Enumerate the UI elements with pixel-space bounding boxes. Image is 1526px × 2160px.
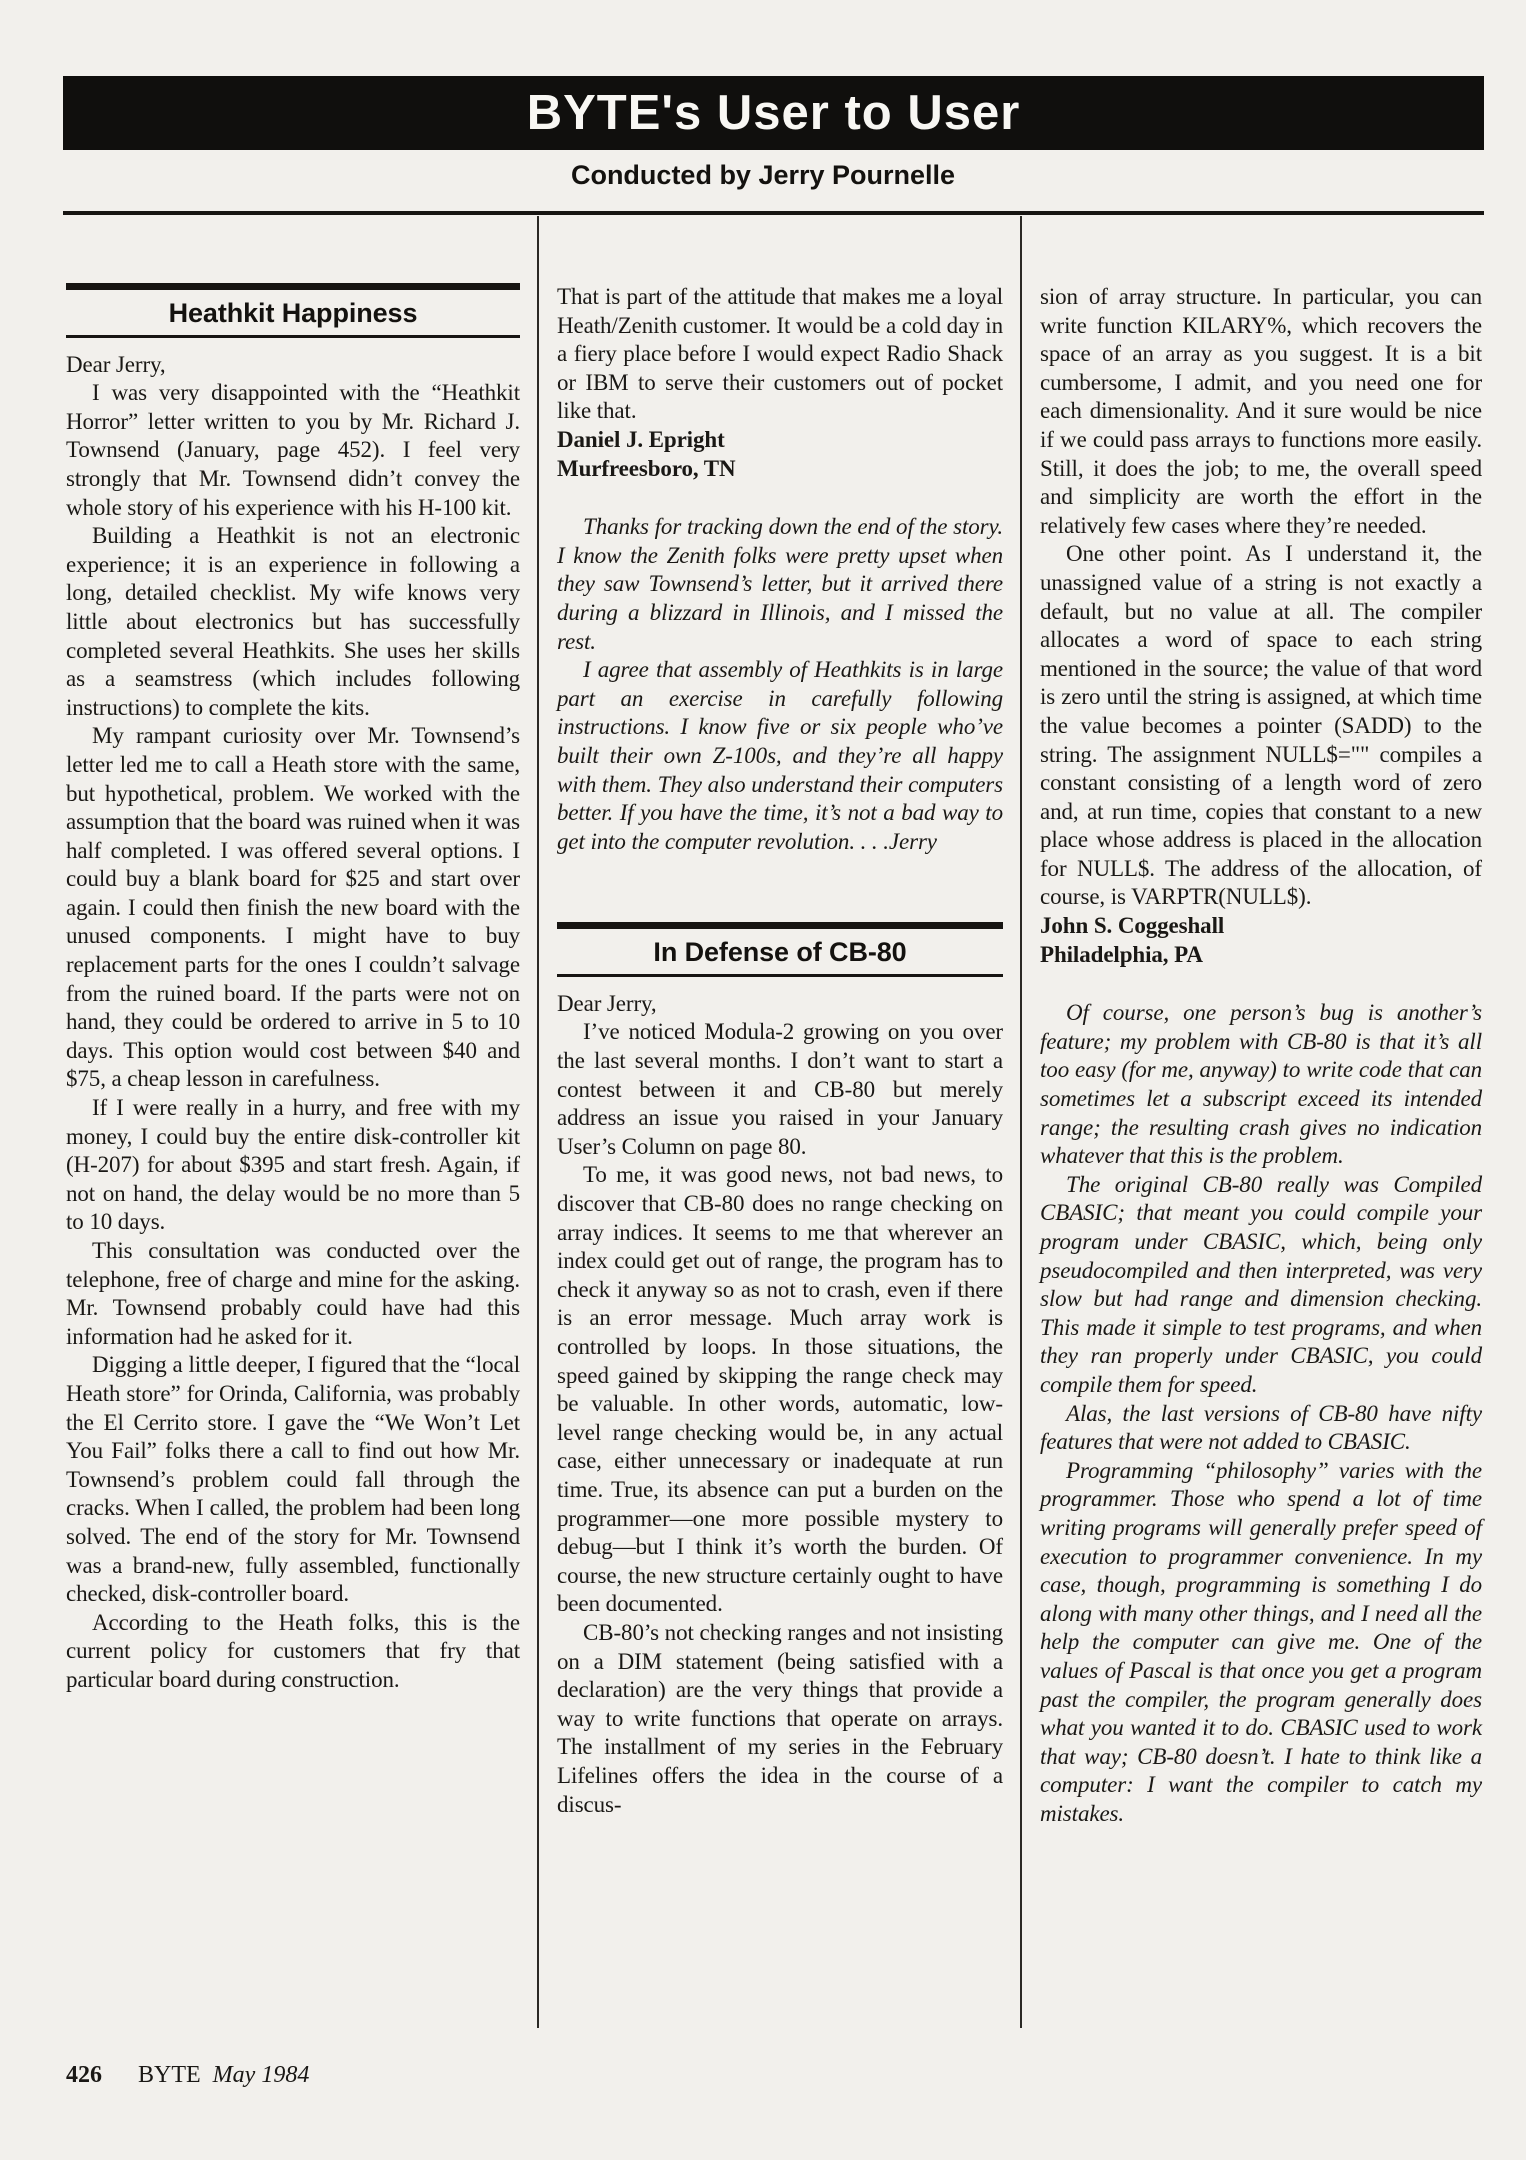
page-number: 426: [66, 2062, 102, 2088]
letter-paragraph: If I were really in a hurry, and free wi…: [66, 1094, 520, 1237]
reply-paragraph: Thanks for tracking down the end of the …: [557, 513, 1003, 656]
column-2: That is part of the attitude that makes …: [557, 283, 1003, 1819]
letter-paragraph: My rampant curiosity over Mr. Townsend’s…: [66, 722, 520, 1094]
page-footer: 426BYTEMay 1984: [66, 2062, 309, 2089]
signature-name: John S. Coggeshall: [1040, 912, 1482, 941]
letter-paragraph: Building a Heathkit is not an electronic…: [66, 522, 520, 722]
signature-place: Murfreesboro, TN: [557, 455, 1003, 484]
letter-paragraph: To me, it was good news, not bad news, t…: [557, 1161, 1003, 1619]
column-divider-right: [1020, 216, 1022, 2028]
column-divider-left: [537, 216, 539, 2028]
letter-paragraph: I was very disappointed with the “Heathk…: [66, 379, 520, 522]
reply-paragraph: The original CB-80 really was Compiled C…: [1040, 1171, 1482, 1400]
salutation: Dear Jerry,: [557, 990, 1003, 1019]
section-heading-heathkit-happiness: Heathkit Happiness: [66, 283, 520, 338]
reply-paragraph: Of course, one person’s bug is another’s…: [1040, 999, 1482, 1171]
letter-paragraph: According to the Heath folks, this is th…: [66, 1609, 520, 1695]
reply-paragraph: I agree that assembly of Heathkits is in…: [557, 656, 1003, 856]
reply-paragraph: Programming “philosophy” varies with the…: [1040, 1457, 1482, 1829]
signature-name: Daniel J. Epright: [557, 426, 1003, 455]
page-banner: BYTE's User to User: [63, 76, 1484, 150]
signature-place: Philadelphia, PA: [1040, 941, 1482, 970]
column-3: sion of array structure. In particular, …: [1040, 283, 1482, 1828]
editor-reply: Of course, one person’s bug is another’s…: [1040, 999, 1482, 1828]
letter-paragraph: This consultation was conducted over the…: [66, 1237, 520, 1351]
letter-paragraph: Digging a little deeper, I figured that …: [66, 1351, 520, 1608]
letter-paragraph: I’ve noticed Modula-2 growing on you ove…: [557, 1018, 1003, 1161]
letter-paragraph: sion of array structure. In particular, …: [1040, 283, 1482, 540]
section-heading-in-defense-of-cb80: In Defense of CB-80: [557, 922, 1003, 977]
section-heading-label: In Defense of CB-80: [653, 937, 906, 967]
magazine-page: BYTE's User to User Conducted by Jerry P…: [0, 0, 1526, 2160]
reply-paragraph: Alas, the last versions of CB-80 have ni…: [1040, 1400, 1482, 1457]
section-heading-label: Heathkit Happiness: [169, 298, 418, 328]
banner-title: BYTE's User to User: [527, 85, 1021, 141]
letter-paragraph: That is part of the attitude that makes …: [557, 283, 1003, 426]
editor-reply: Thanks for tracking down the end of the …: [557, 513, 1003, 856]
salutation: Dear Jerry,: [66, 351, 520, 380]
conducted-by-line: Conducted by Jerry Pournelle: [0, 160, 1526, 191]
letter-paragraph: CB-80’s not checking ranges and not insi…: [557, 1619, 1003, 1819]
letter-paragraph: One other point. As I understand it, the…: [1040, 540, 1482, 912]
issue-date: May 1984: [213, 2062, 310, 2088]
header-rule: [63, 211, 1484, 215]
column-1: Heathkit Happiness Dear Jerry, I was ver…: [66, 283, 520, 1695]
magazine-name: BYTE: [138, 2062, 201, 2088]
